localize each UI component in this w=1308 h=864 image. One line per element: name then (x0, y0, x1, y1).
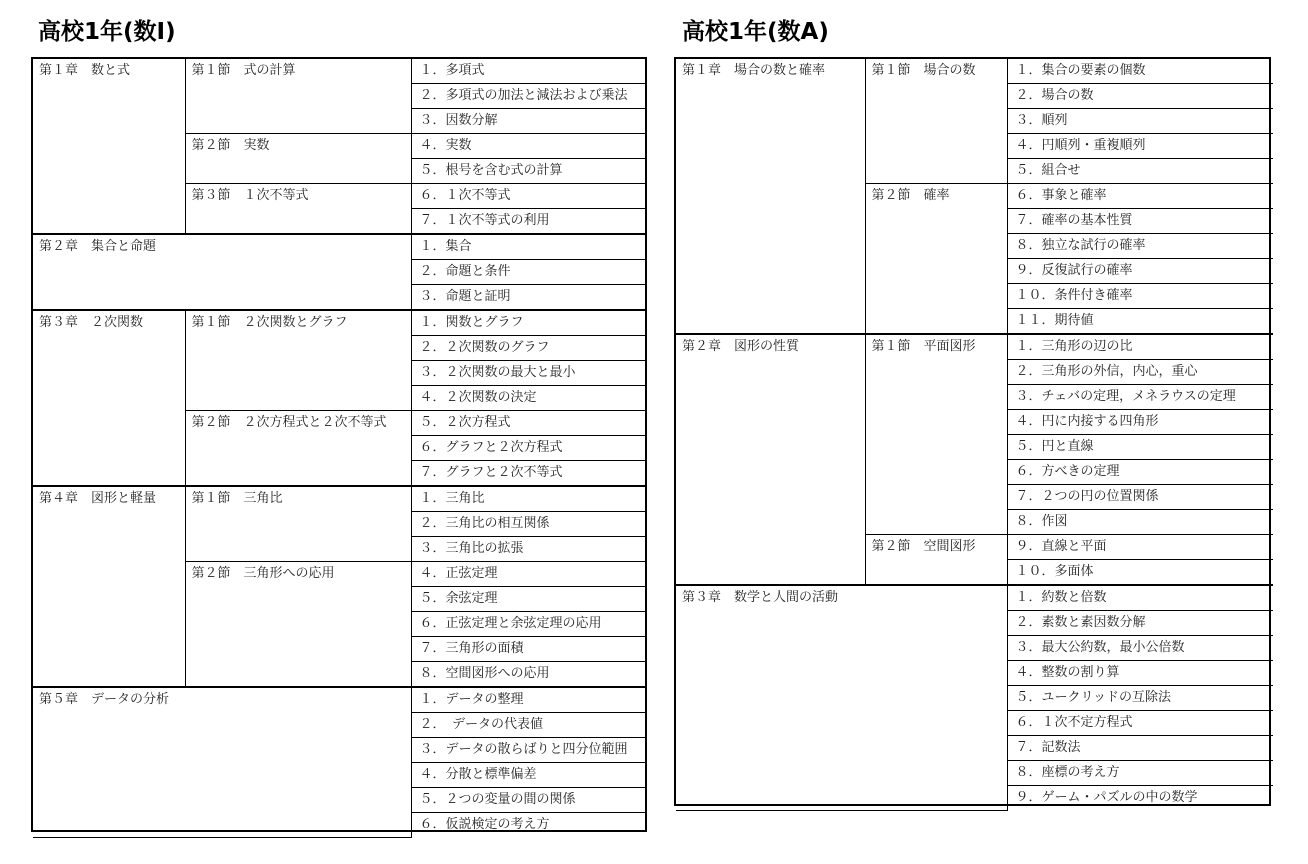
topic-cell: ４．円順列・重複順列 (1007, 134, 1273, 159)
topic-cell: ６．仮説検定の考え方 (411, 813, 647, 838)
topic-cell: ５．組合せ (1007, 159, 1273, 184)
topic-cell: ３．因数分解 (411, 109, 647, 134)
topic-cell: ５．２次方程式 (411, 411, 647, 436)
topic-cell: ５．ユークリッドの互除法 (1007, 686, 1273, 711)
topic-cell: ９．反復試行の確率 (1007, 259, 1273, 284)
section-cell: 第２節 三角形への応用 (185, 562, 411, 688)
topic-cell: ７．グラフと２次不等式 (411, 461, 647, 487)
topic-cell: ２．２次関数のグラフ (411, 336, 647, 361)
topic-cell: ７．記数法 (1007, 736, 1273, 761)
table-row: 第５章 データの分析１．データの整理 (33, 687, 647, 713)
topic-cell: ２．命題と条件 (411, 260, 647, 285)
topic-cell: １０．多面体 (1007, 560, 1273, 586)
topic-cell: ５．根号を含む式の計算 (411, 159, 647, 184)
section-cell: 第２節 空間図形 (865, 535, 1007, 586)
topic-cell: ５．２つの変量の間の関係 (411, 788, 647, 813)
table-row: 第１章 場合の数と確率第１節 場合の数１．集合の要素の個数 (676, 59, 1273, 84)
topic-cell: ３．データの散らばりと四分位範囲 (411, 738, 647, 763)
topic-cell: １．三角形の辺の比 (1007, 334, 1273, 360)
topic-cell: ３．２次関数の最大と最小 (411, 361, 647, 386)
topic-cell: ４．円に内接する四角形 (1007, 410, 1273, 435)
topic-cell: ７．１次不等式の利用 (411, 209, 647, 235)
topic-cell: ６．１次不等式 (411, 184, 647, 209)
topic-cell: １．約数と倍数 (1007, 585, 1273, 611)
topic-cell: ７．２つの円の位置関係 (1007, 485, 1273, 510)
table-row: 第４章 図形と軽量第１節 三角比１．三角比 (33, 486, 647, 512)
table-math-1: 第１章 数と式第１節 式の計算１．多項式２．多項式の加法と減法および乗法３．因数… (33, 59, 647, 838)
chapter-cell: 第５章 データの分析 (33, 687, 411, 837)
topic-cell: ３．チェバの定理，メネラウスの定理 (1007, 385, 1273, 410)
title-math-a: 高校1年(数A) (682, 16, 829, 48)
section-cell: 第２節 確率 (865, 184, 1007, 335)
section-cell: 第１節 式の計算 (185, 59, 411, 134)
curriculum-table-math-1: 第１章 数と式第１節 式の計算１．多項式２．多項式の加法と減法および乗法３．因数… (31, 57, 647, 832)
topic-cell: ８．独立な試行の確率 (1007, 234, 1273, 259)
topic-cell: ７．三角形の面積 (411, 637, 647, 662)
topic-cell: ９．ゲーム・パズルの中の数学 (1007, 786, 1273, 811)
topic-cell: ３．順列 (1007, 109, 1273, 134)
curriculum-table-math-a: 第１章 場合の数と確率第１節 場合の数１．集合の要素の個数２．場合の数３．順列４… (674, 57, 1271, 806)
topic-cell: ６．グラフと２次方程式 (411, 436, 647, 461)
topic-cell: ５．円と直線 (1007, 435, 1273, 460)
topic-cell: ２． データの代表値 (411, 713, 647, 738)
table-row: 第２章 集合と命題１．集合 (33, 234, 647, 260)
table-math-a: 第１章 場合の数と確率第１節 場合の数１．集合の要素の個数２．場合の数３．順列４… (676, 59, 1273, 811)
topic-cell: １．多項式 (411, 59, 647, 84)
section-cell: 第２節 実数 (185, 134, 411, 184)
section-cell: 第１節 平面図形 (865, 334, 1007, 535)
topic-cell: ９．直線と平面 (1007, 535, 1273, 560)
section-cell: 第２節 ２次方程式と２次不等式 (185, 411, 411, 487)
topic-cell: ２．場合の数 (1007, 84, 1273, 109)
topic-cell: ６．事象と確率 (1007, 184, 1273, 209)
table-row: 第３章 数学と人間の活動１．約数と倍数 (676, 585, 1273, 611)
topic-cell: ８．空間図形への応用 (411, 662, 647, 688)
title-math-1: 高校1年(数Ⅰ) (38, 16, 176, 48)
topic-cell: ８．座標の考え方 (1007, 761, 1273, 786)
topic-cell: １．関数とグラフ (411, 310, 647, 336)
chapter-cell: 第３章 ２次関数 (33, 310, 185, 486)
chapter-cell: 第１章 数と式 (33, 59, 185, 234)
topic-cell: ３．三角比の拡張 (411, 537, 647, 562)
topic-cell: ４．整数の割り算 (1007, 661, 1273, 686)
topic-cell: ３．命題と証明 (411, 285, 647, 311)
topic-cell: ６．正弦定理と余弦定理の応用 (411, 612, 647, 637)
section-cell: 第３節 １次不等式 (185, 184, 411, 235)
chapter-cell: 第２章 図形の性質 (676, 334, 865, 585)
topic-cell: １．三角比 (411, 486, 647, 512)
chapter-cell: 第２章 集合と命題 (33, 234, 411, 310)
chapter-cell: 第４章 図形と軽量 (33, 486, 185, 687)
topic-cell: ７．確率の基本性質 (1007, 209, 1273, 234)
table-row: 第２章 図形の性質第１節 平面図形１．三角形の辺の比 (676, 334, 1273, 360)
topic-cell: ２．三角比の相互関係 (411, 512, 647, 537)
topic-cell: ８．作図 (1007, 510, 1273, 535)
table-row: 第３章 ２次関数第１節 ２次関数とグラフ１．関数とグラフ (33, 310, 647, 336)
chapter-cell: 第１章 場合の数と確率 (676, 59, 865, 334)
topic-cell: ６．１次不定方程式 (1007, 711, 1273, 736)
topic-cell: ４．実数 (411, 134, 647, 159)
topic-cell: ５．余弦定理 (411, 587, 647, 612)
topic-cell: １．データの整理 (411, 687, 647, 713)
topic-cell: ２．多項式の加法と減法および乗法 (411, 84, 647, 109)
topic-cell: ２．素数と素因数分解 (1007, 611, 1273, 636)
topic-cell: ２．三角形の外信，内心，重心 (1007, 360, 1273, 385)
topic-cell: １．集合の要素の個数 (1007, 59, 1273, 84)
topic-cell: ４．正弦定理 (411, 562, 647, 587)
topic-cell: ３．最大公約数，最小公倍数 (1007, 636, 1273, 661)
topic-cell: ４．２次関数の決定 (411, 386, 647, 411)
topic-cell: １．集合 (411, 234, 647, 260)
topic-cell: ４．分散と標準偏差 (411, 763, 647, 788)
chapter-cell: 第３章 数学と人間の活動 (676, 585, 1007, 810)
section-cell: 第１節 ２次関数とグラフ (185, 310, 411, 411)
section-cell: 第１節 三角比 (185, 486, 411, 562)
topic-cell: １０．条件付き確率 (1007, 284, 1273, 309)
topic-cell: １１．期待値 (1007, 309, 1273, 335)
topic-cell: ６．方べきの定理 (1007, 460, 1273, 485)
section-cell: 第１節 場合の数 (865, 59, 1007, 184)
table-row: 第１章 数と式第１節 式の計算１．多項式 (33, 59, 647, 84)
